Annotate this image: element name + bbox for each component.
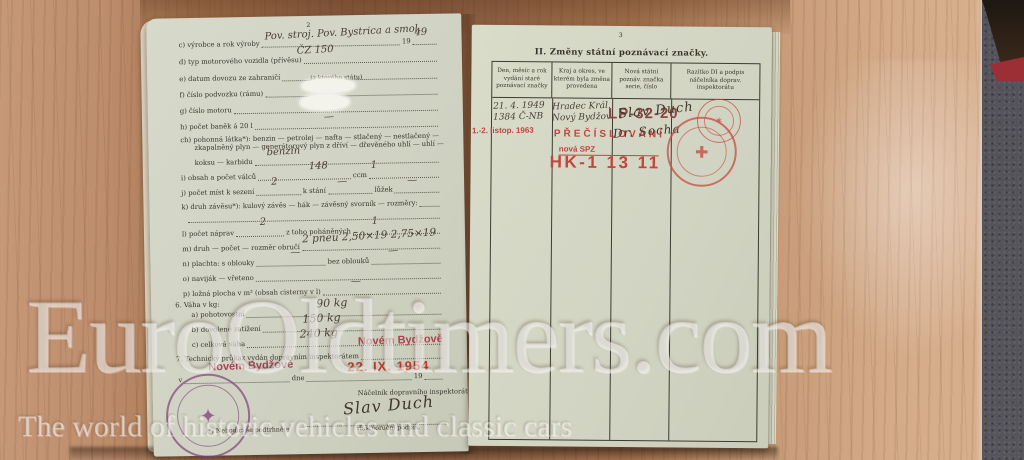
handwritten-dash: — bbox=[337, 176, 348, 188]
dotted-line bbox=[371, 256, 440, 265]
handwritten-cylinders: 1 bbox=[371, 160, 378, 171]
form-line-k2 bbox=[186, 211, 442, 223]
dark-background-object bbox=[982, 0, 1024, 64]
field-label: k) druh závěsu*): kulový závěs — hák — z… bbox=[181, 200, 417, 212]
handwritten-dash: — bbox=[290, 247, 301, 259]
handwritten-region: Hradec Král. bbox=[552, 101, 611, 113]
handwritten-type: ČZ 150 bbox=[297, 44, 334, 57]
field-label: l) počet náprav bbox=[182, 230, 234, 238]
dotted-line bbox=[256, 187, 301, 196]
handwritten-old-date: 21. 4. 1949 bbox=[493, 100, 545, 111]
column-header: Den, měsíc a rok vydání staré poznávací … bbox=[492, 62, 552, 98]
watermark-text: EuroOldtimers.com bbox=[26, 284, 831, 390]
form-line-ch2: zkapalněný plyn — generátorový plyn z dř… bbox=[194, 141, 440, 153]
handwritten-dash: — bbox=[388, 245, 399, 257]
form-line-j: j) počet míst k sezení k stání lůžek bbox=[181, 185, 441, 198]
field-label: n) plachta: s oblouky bbox=[182, 259, 254, 268]
handwritten-displacement: 148 bbox=[309, 160, 329, 172]
section-title: II. Změny státní poznávací značky. bbox=[472, 47, 772, 60]
new-plate-stamp: HK-1 13 11 bbox=[550, 152, 661, 173]
dotted-line bbox=[256, 258, 325, 267]
field-label: h) počet baněk á 20 l bbox=[180, 122, 253, 131]
dotted-line bbox=[369, 170, 439, 179]
field-label: g) číslo motoru bbox=[180, 107, 232, 115]
field-label: zkapalněný plyn — generátorový plyn z dř… bbox=[194, 141, 443, 153]
dotted-line bbox=[236, 228, 284, 237]
field-label: f) číslo podvozku (rámu) bbox=[179, 90, 263, 99]
page-number: 2 bbox=[306, 22, 310, 29]
field-label: d) typ motorového vozidla (přívěsu) bbox=[179, 57, 302, 67]
dotted-line bbox=[420, 199, 440, 207]
handwritten-old-number: 1384 Č-NB bbox=[493, 111, 543, 122]
handwritten-fuel: benzin bbox=[266, 146, 300, 159]
table-header-row: Den, měsíc a rok vydání staré poznávací … bbox=[492, 62, 759, 100]
field-label: c) výrobce a rok výroby bbox=[179, 40, 260, 49]
mid-label: k stání bbox=[303, 187, 326, 195]
mid-label: lůžek bbox=[374, 186, 392, 194]
dotted-line bbox=[188, 211, 440, 223]
stamp-emblem-icon: ✶ bbox=[704, 106, 734, 136]
form-line-n: n) plachta: s oblouky bez oblouků bbox=[182, 256, 442, 269]
year-prefix: 19 bbox=[402, 38, 411, 46]
field-label: j) počet míst k sezení bbox=[181, 188, 254, 197]
handwritten-axles: 2 bbox=[259, 217, 266, 228]
form-line-h: h) počet baněk á 20 l bbox=[180, 119, 440, 132]
handwritten-seats: 2 bbox=[271, 176, 278, 187]
photo-of-vehicle-document: 2 c) výrobce a rok výroby 19 Pov. stroj.… bbox=[0, 0, 1024, 460]
form-line-k: k) druh závěsu*): kulový závěs — hák — z… bbox=[181, 199, 441, 212]
page-number: 3 bbox=[619, 32, 623, 39]
dotted-line bbox=[255, 119, 438, 130]
mid-label: bez oblouků bbox=[328, 257, 370, 265]
dotted-line bbox=[328, 186, 373, 195]
handwritten-district: Nový Bydžov bbox=[552, 112, 611, 124]
handwritten-dash: — bbox=[407, 175, 418, 187]
watermark-subtitle: The world of historic vehicles and class… bbox=[18, 412, 572, 442]
column-header: Nová státní poznáv. značka serie, číslo bbox=[612, 63, 671, 99]
floor-carpet bbox=[982, 0, 1024, 460]
handwritten-driven-axles: 1 bbox=[371, 216, 378, 227]
column-header: Razítko DI a podpis náčelníka doprav. in… bbox=[671, 63, 759, 99]
column-header: Kraj a okres, ve kterém byla změna prove… bbox=[552, 62, 612, 98]
field-label: m) druh — počet — rozměr obručí bbox=[182, 244, 300, 254]
mid-label: ccm bbox=[353, 171, 367, 179]
round-stamp-red-small: ✶ bbox=[697, 99, 741, 143]
field-label: i) obsah a počet válců bbox=[181, 173, 256, 182]
field-label: koksu — karbidu bbox=[195, 158, 253, 166]
handwritten-year: 49 bbox=[414, 27, 427, 39]
handwritten-dash: — bbox=[324, 111, 335, 123]
dotted-line bbox=[395, 185, 440, 194]
field-label: e) datum dovozu ze zahraničí bbox=[179, 74, 280, 83]
renumber-date-stamp: 1.-2. listop. 1963 bbox=[472, 126, 534, 136]
